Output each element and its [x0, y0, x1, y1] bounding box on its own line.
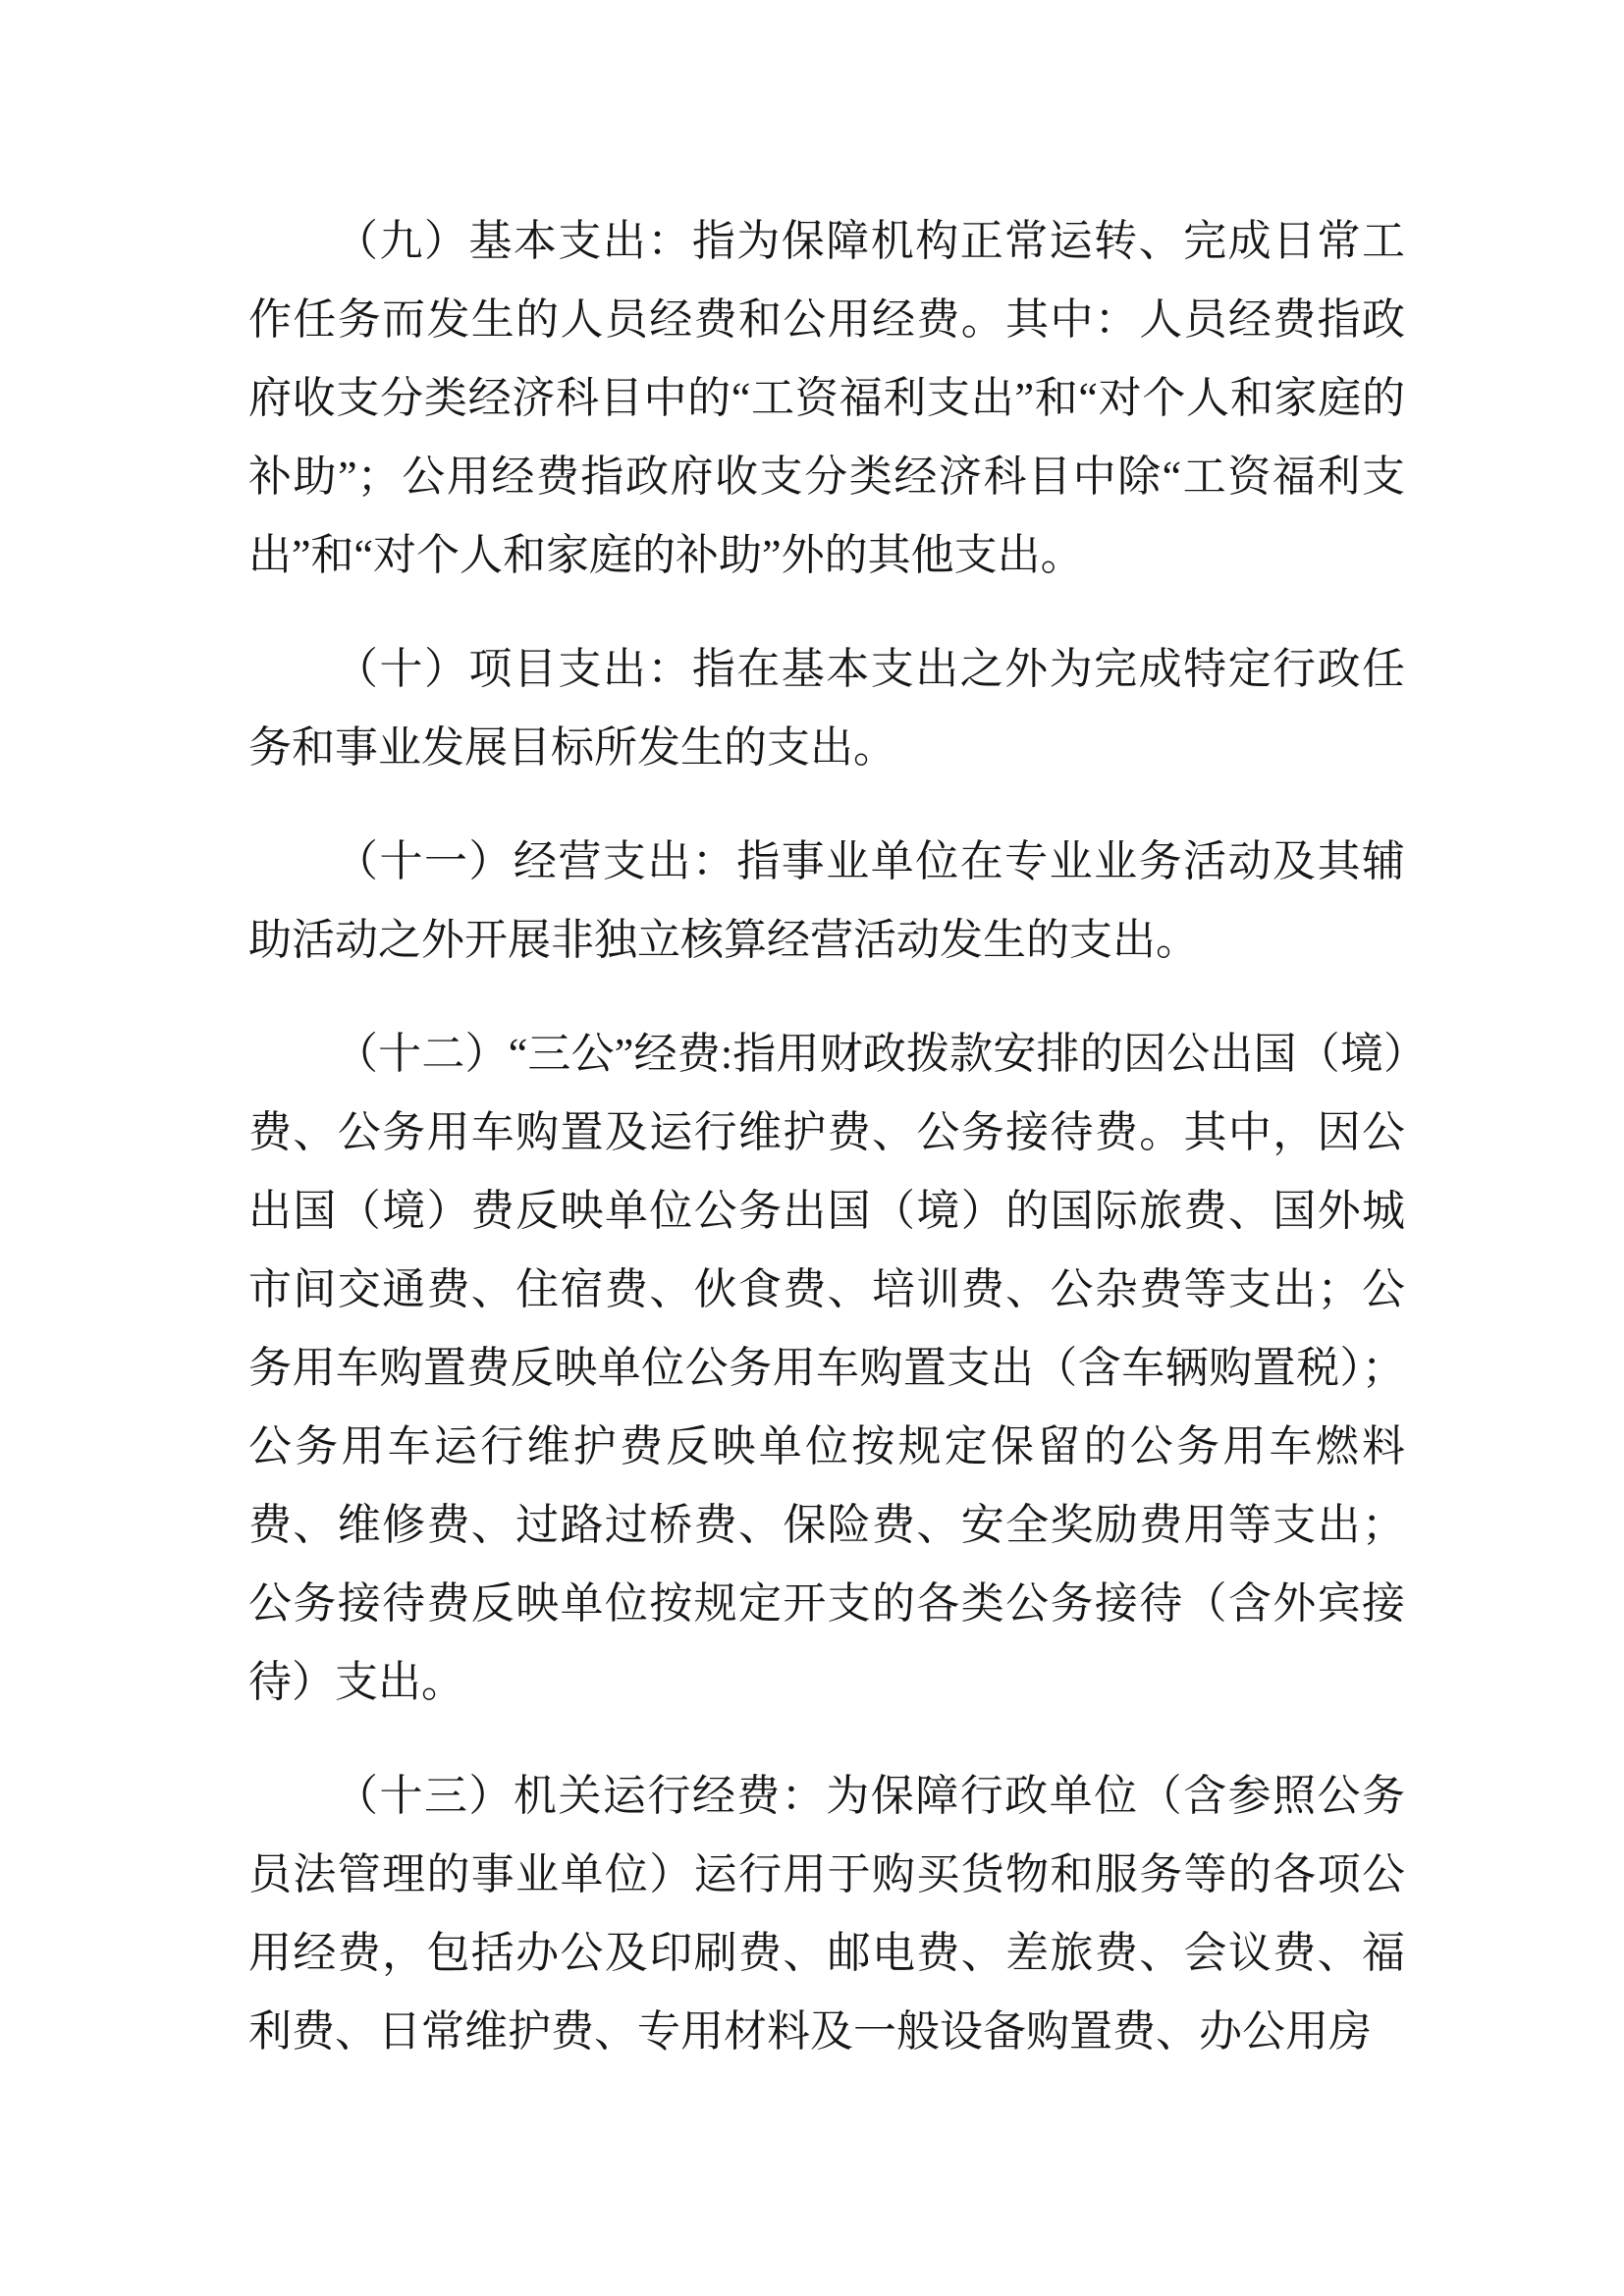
- paragraph-clause-13: （十三）机关运行经费：为保障行政单位（含参照公务员法管理的事业单位）运行用于购买…: [248, 1757, 1405, 2071]
- paragraph-clause-11: （十一）经营支出：指事业单位在专业业务活动及其辅助活动之外开展非独立核算经营活动…: [248, 823, 1405, 980]
- document-page: （九）基本支出：指为保障机构正常运转、完成日常工作任务而发生的人员经费和公用经费…: [0, 0, 1624, 2296]
- text-block: （九）基本支出：指为保障机构正常运转、完成日常工作任务而发生的人员经费和公用经费…: [248, 202, 1405, 2071]
- paragraph-clause-12: （十二）“三公”经费:指用财政拨款安排的因公出国（境）费、公务用车购置及运行维护…: [248, 1015, 1405, 1722]
- paragraph-clause-9: （九）基本支出：指为保障机构正常运转、完成日常工作任务而发生的人员经费和公用经费…: [248, 202, 1405, 595]
- paragraph-clause-10: （十）项目支出：指在基本支出之外为完成特定行政任务和事业发展目标所发生的支出。: [248, 630, 1405, 787]
